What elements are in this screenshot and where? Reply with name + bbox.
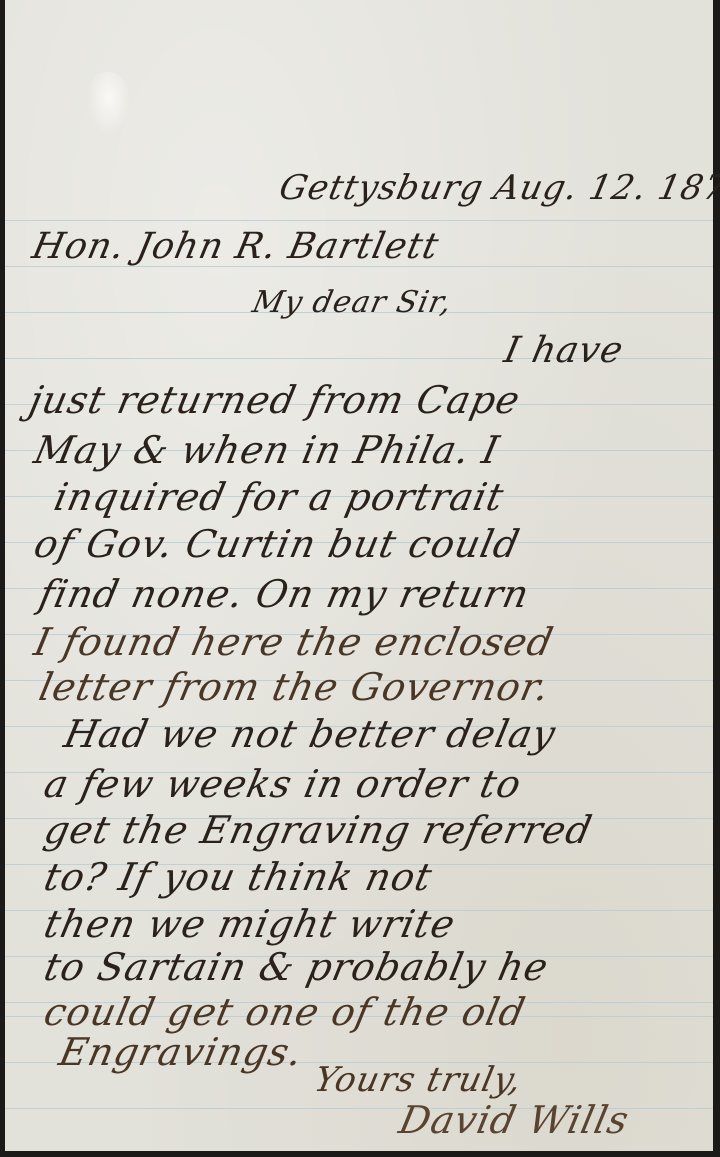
ruled-line [5, 220, 713, 221]
body-line: of Gov. Curtin but could [30, 522, 524, 566]
body-line: inquired for a portrait [50, 475, 508, 519]
salutation: My dear Sir, [249, 285, 455, 320]
body-line: could get one of the old [40, 990, 529, 1034]
body-line: Engravings. [55, 1030, 307, 1074]
signature: David Wills [395, 1098, 633, 1142]
body-line: I found here the enclosed [30, 620, 557, 664]
body-line: get the Engraving referred [40, 808, 596, 852]
body-line: then we might write [40, 902, 459, 946]
body-line: to Sartain & probably he [40, 945, 552, 989]
addressee: Hon. John R. Bartlett [29, 226, 443, 267]
letter-paper: Gettysburg Aug. 12. 1874 Hon. John R. Ba… [5, 0, 713, 1151]
body-line: I have [501, 330, 628, 371]
body-line: a few weeks in order to [40, 762, 525, 806]
body-line: May & when in Phila. I [30, 428, 503, 472]
place-date: Gettysburg Aug. 12. 1874 [276, 168, 720, 208]
closing: Yours truly, [311, 1060, 526, 1100]
embossed-stamp [87, 72, 131, 136]
body-line: find none. On my return [35, 572, 533, 616]
body-line: just returned from Cape [25, 378, 524, 422]
body-line: Had we not better delay [60, 712, 560, 756]
body-line: to? If you think not [40, 855, 436, 899]
body-line: letter from the Governor. [35, 665, 554, 709]
